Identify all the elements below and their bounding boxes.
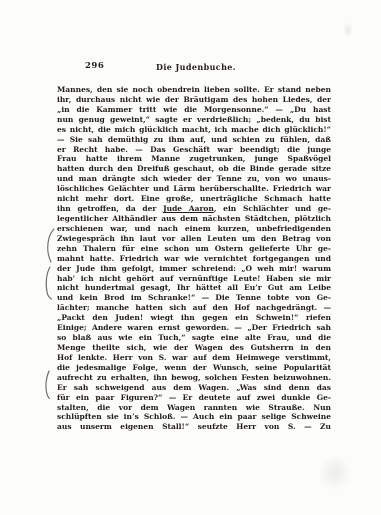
- text-line: die jedesmalige Folge, wenn der Wunsch, …: [57, 363, 331, 373]
- text-line: Zwiegespräch ihn laut vor allen Leuten u…: [57, 234, 331, 244]
- page-smudge: [318, 455, 352, 491]
- text-line: der Jude ihm gefolgt, immer schreiend: „…: [57, 264, 331, 274]
- text-line: aus unserm eigenen Stall!“ seufzte Herr …: [57, 422, 331, 432]
- text-line: „Packt den Juden! wiegt ihn gegen ein Sc…: [57, 313, 331, 323]
- text-line: Hof lenkte. Herr von S. war auf dem Heim…: [57, 353, 331, 363]
- text-line: Mannes, den sie noch obendrein lieben so…: [57, 85, 331, 95]
- book-page: 296 Die Judenbuche. Mannes, den sie noch…: [0, 0, 381, 515]
- text-line: Einige; Andere waren ernst geworden. — „…: [57, 323, 331, 333]
- text-line: zehn Thalern für eine schon um Ostern ge…: [57, 244, 331, 254]
- text-line: löschliches Gelächter und Lärm herübersc…: [57, 184, 331, 194]
- text-line: und man drängte sich wieder der Tenne zu…: [57, 174, 331, 184]
- text-line: Frau hatte ihrem Manne zugetrunken, jung…: [57, 154, 331, 164]
- text-line: ihr, durchaus nicht wie der Bräutigam de…: [57, 95, 331, 105]
- text-line: hab’ ich nicht gehört auf vernünftige Le…: [57, 274, 331, 284]
- text-line: erschienen war, und nach einem kurzen, u…: [57, 224, 331, 234]
- text-line: nicht hundertmal gesagt, Ihr hättet all …: [57, 283, 331, 293]
- text-line: mahnt hatte. Friedrich war wie vernichte…: [57, 254, 331, 264]
- text-line: „in die Kammer tritt wie die Morgensonne…: [57, 105, 331, 115]
- text-line: aufrecht zu erhalten, ihn bewog, solchen…: [57, 373, 331, 383]
- text-line: stalten, die vor dem Wagen rannten wie S…: [57, 403, 331, 413]
- edge-smudge: [343, 22, 353, 38]
- margin-pen-mark: [46, 371, 49, 399]
- text-line: legentlicher Althändler aus dem nächsten…: [57, 214, 331, 224]
- margin-pen-mark: [46, 267, 51, 299]
- running-head: Die Judenbuche.: [156, 62, 236, 72]
- text-line: nicht mehr dort. Eine große, unerträglic…: [57, 194, 331, 204]
- page-number: 296: [85, 61, 104, 71]
- text-line: er Recht habe. — Das Geschäft war beendi…: [57, 145, 331, 155]
- text-line: hatten durch den Dreifuß geschaut, ob di…: [57, 164, 331, 174]
- text-line: nun genug geweint,“ sagte er verdrießlic…: [57, 115, 331, 125]
- page-header: 296 Die Judenbuche.: [0, 61, 381, 73]
- text-line: Er sah schweigend aus dem Wagen. „Was si…: [57, 383, 331, 393]
- text-line: schlüpften sie in’s Schloß. — Auch ein p…: [57, 412, 331, 422]
- text-line: und kein Brod im Schranke!“ — Die Tenne …: [57, 293, 331, 303]
- text-line: ihn getroffen, da der Jude Aaron, ein Sc…: [57, 204, 331, 214]
- text-line: lächter; manche hatten sich auf den Hof …: [57, 303, 331, 313]
- text-line: es nicht, die mich glücklich macht, ich …: [57, 125, 331, 135]
- text-line: Menge theilte sich, wie der Wagen des Gu…: [57, 343, 331, 353]
- text-line: für ein paar Figuren?“ — Er deutete auf …: [57, 393, 331, 403]
- text-line: so blaß aus wie ein Tuch,“ sagte eine al…: [57, 333, 331, 343]
- margin-pen-mark: [48, 229, 54, 262]
- underlined-phrase: Jude Aaron: [163, 204, 214, 213]
- text-line: — Sie sah demüthig zu ihm auf, und schie…: [57, 135, 331, 145]
- body-text: Mannes, den sie noch obendrein lieben so…: [57, 85, 331, 432]
